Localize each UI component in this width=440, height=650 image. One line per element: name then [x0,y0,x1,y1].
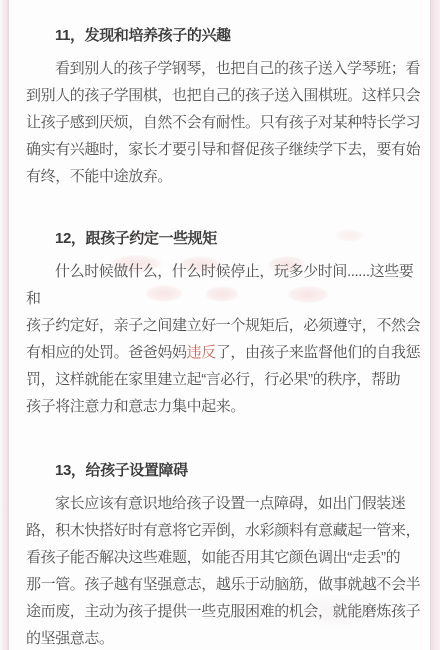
section-13: 13，给孩子设置障碍 家长应该有意识地给孩子设置一点障碍，如出门假装迷 路，积木… [26,457,426,650]
section-11-title: 11，发现和培养孩子的兴趣 [26,22,426,49]
page-right-border [430,0,440,650]
section-12-paragraph: 什么时候做什么，什么时候停止，玩多少时间......这些要和 孩子约定好，亲子之… [26,258,426,420]
section-13-paragraph: 家长应该有意识地给孩子设置一点障碍，如出门假装迷 路，积木快搭好时有意将它弄倒，… [26,490,426,650]
highlighted-word: 违反 [187,344,216,361]
article-content: 11，发现和培养孩子的兴趣 看到别人的孩子学钢琴，也把自己的孩子送入学琴班；看 … [26,0,426,650]
page-left-border [0,0,9,650]
section-12-title: 12，跟孩子约定一些规矩 [26,225,426,252]
section-12: 12，跟孩子约定一些规矩 什么时候做什么，什么时候停止，玩多少时间......这… [26,225,426,420]
document-page: 11，发现和培养孩子的兴趣 看到别人的孩子学钢琴，也把自己的孩子送入学琴班；看 … [0,0,440,650]
section-11: 11，发现和培养孩子的兴趣 看到别人的孩子学钢琴，也把自己的孩子送入学琴班；看 … [26,22,426,190]
article-page: { "colors": { "page_background": "#fdfdf… [0,0,440,650]
section-11-paragraph: 看到别人的孩子学钢琴，也把自己的孩子送入学琴班；看 到别人的孩子学围棋，也把自己… [26,55,426,190]
section-13-title: 13，给孩子设置障碍 [26,457,426,484]
